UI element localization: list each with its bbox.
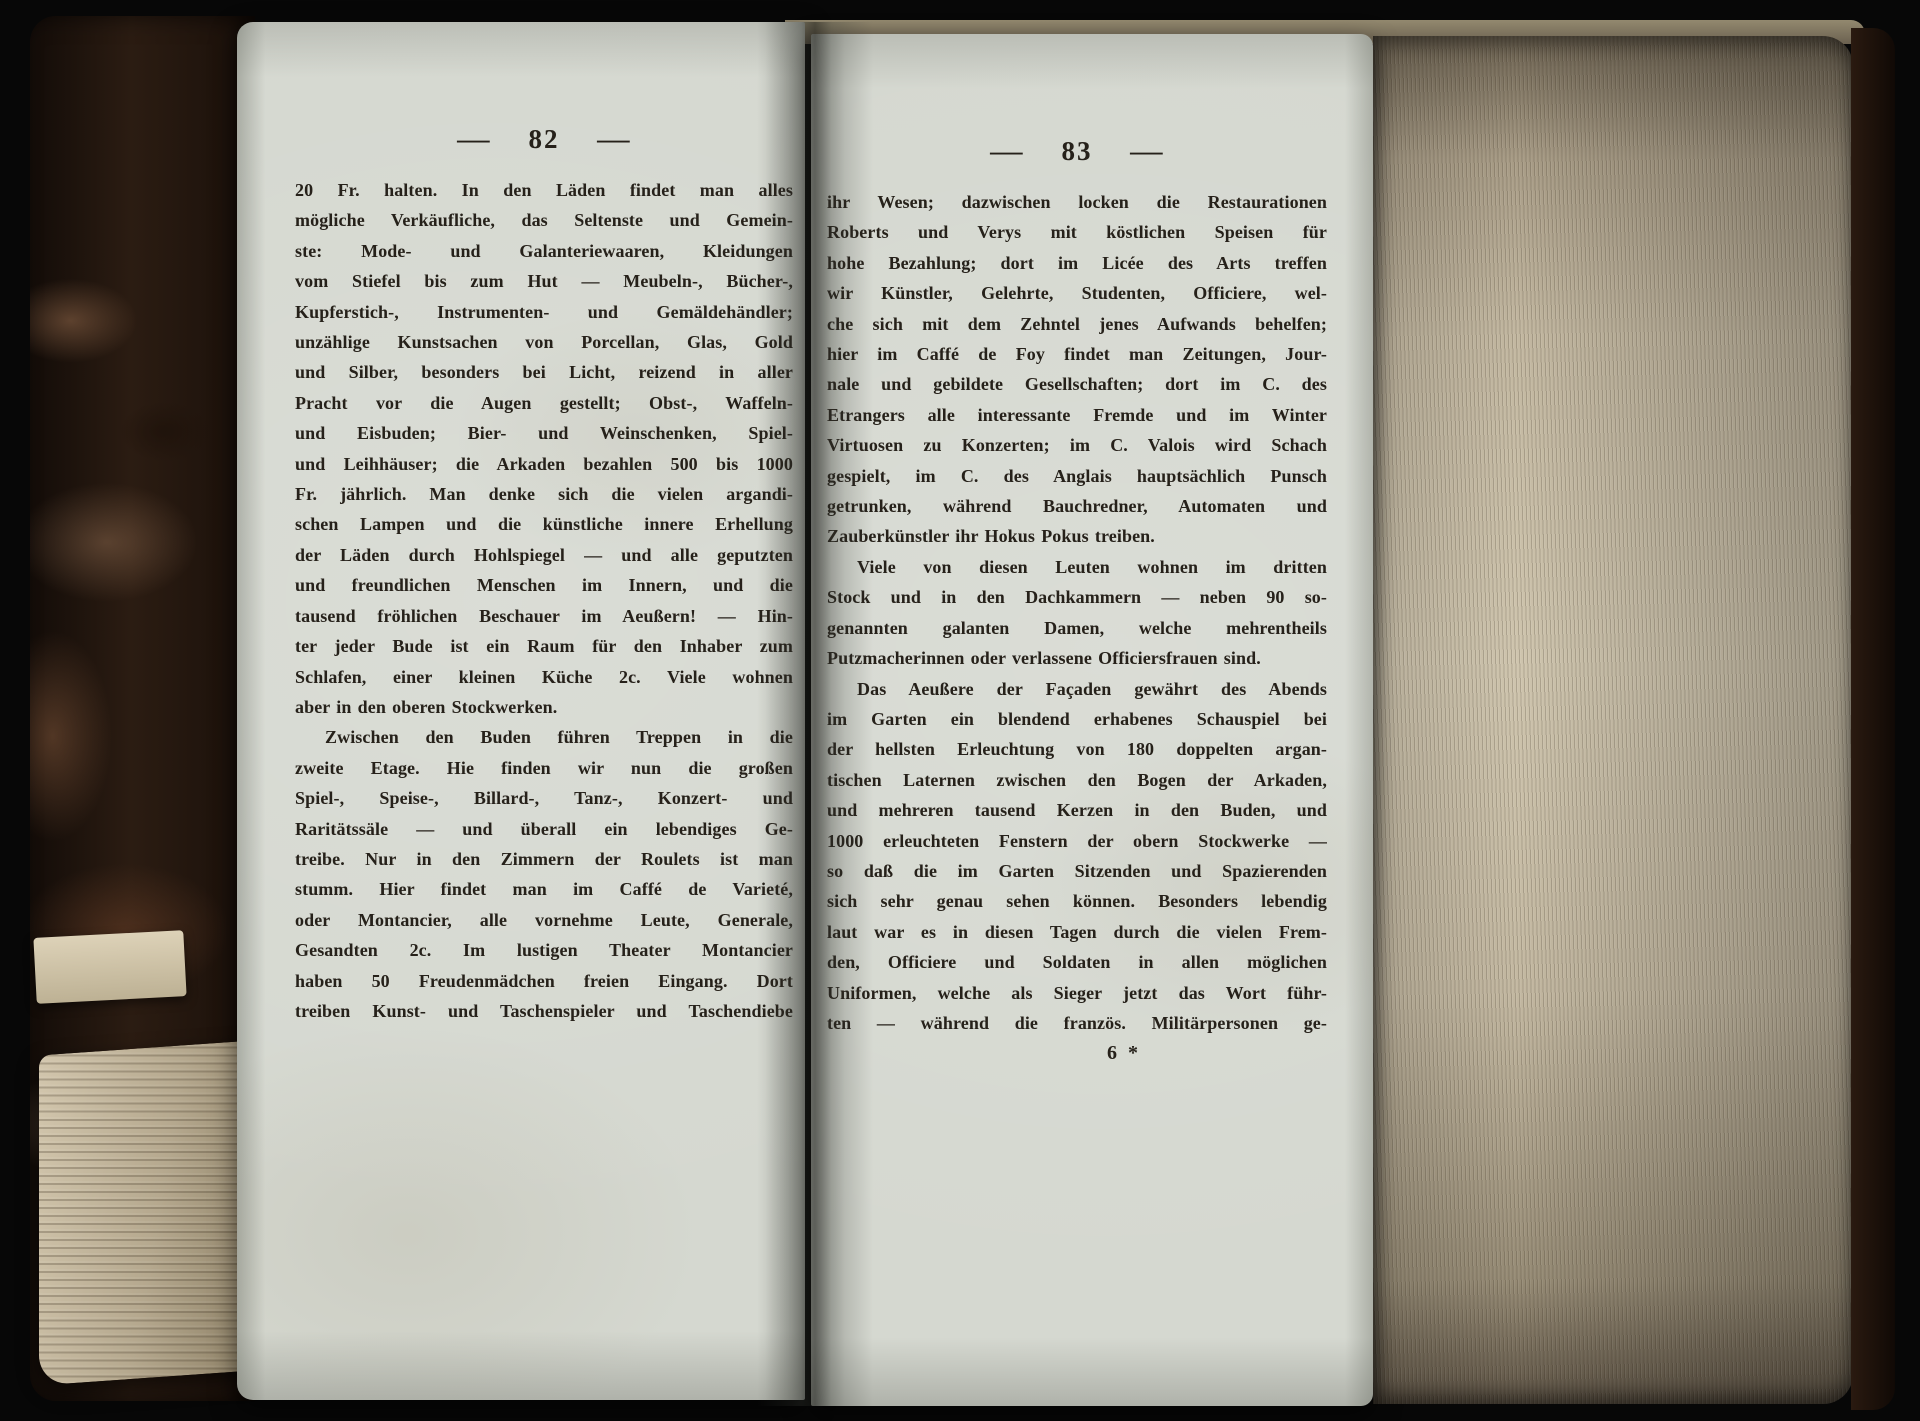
text-line: der hellsten Erleuchtung von 180 doppelt… [827, 734, 1327, 764]
page-82-header: — 82 — [295, 124, 793, 155]
text-line: Virtuosen zu Konzerten; im C. Valois wir… [827, 430, 1327, 460]
text-line: und Eisbuden; Bier- und Weinschenken, Sp… [295, 418, 793, 448]
text-line: der Läden durch Hohlspiegel — und alle g… [295, 540, 793, 570]
text-line: tausend fröhlichen Beschauer im Aeußern!… [295, 601, 793, 631]
page-number-83: 83 [1062, 136, 1093, 167]
text-line: zweite Etage. Hie finden wir nun die gro… [295, 753, 793, 783]
text-line: che sich mit dem Zehntel jenes Aufwands … [827, 309, 1327, 339]
page-83-text: ihr Wesen; dazwischen locken die Restaur… [827, 187, 1327, 1038]
text-line: im Garten ein blendend erhabenes Schausp… [827, 704, 1327, 734]
text-line: ter jeder Bude ist ein Raum für den Inha… [295, 631, 793, 661]
text-line: haben 50 Freudenmädchen freien Eingang. … [295, 966, 793, 996]
text-line: Zauberkünstler ihr Hokus Pokus treiben. [827, 521, 1327, 551]
text-line: Raritätssäle — und überall ein lebendige… [295, 814, 793, 844]
text-line: Spiel-, Speise-, Billard-, Tanz-, Konzer… [295, 783, 793, 813]
text-line: treibe. Nur in den Zimmern der Roulets i… [295, 844, 793, 874]
text-line: und mehreren tausend Kerzen in den Buden… [827, 795, 1327, 825]
text-line: Viele von diesen Leuten wohnen im dritte… [827, 552, 1327, 582]
text-line: nale und gebildete Gesellschaften; dort … [827, 369, 1327, 399]
text-line: treiben Kunst- und Taschenspieler und Ta… [295, 996, 793, 1026]
text-line: Putzmacherinnen oder verlassene Officier… [827, 643, 1327, 673]
text-line: laut war es in diesen Tagen durch die vi… [827, 917, 1327, 947]
text-line: und Leihhäuser; die Arkaden bezahlen 500… [295, 449, 793, 479]
text-line: Das Aeußere der Façaden gewährt des Aben… [827, 674, 1327, 704]
header-rule-right: — [597, 124, 632, 155]
text-line: sich sehr genau sehen können. Besonders … [827, 886, 1327, 916]
text-line: 20 Fr. halten. In den Läden findet man a… [295, 175, 793, 205]
text-line: vom Stiefel bis zum Hut — Meubeln-, Büch… [295, 266, 793, 296]
text-line: ste: Mode- und Galanteriewaaren, Kleidun… [295, 236, 793, 266]
text-line: wir Künstler, Gelehrte, Studenten, Offic… [827, 278, 1327, 308]
text-line: oder Montancier, alle vornehme Leute, Ge… [295, 905, 793, 935]
header-rule-left: — [990, 136, 1025, 167]
text-line: tischen Laternen zwischen den Bogen der … [827, 765, 1327, 795]
text-line: getrunken, während Bauchredner, Automate… [827, 491, 1327, 521]
text-line: Uniformen, welche als Sieger jetzt das W… [827, 978, 1327, 1008]
text-line: und Silber, besonders bei Licht, reizend… [295, 357, 793, 387]
text-line: den, Officiere und Soldaten in allen mög… [827, 947, 1327, 977]
open-book: — 82 — 20 Fr. halten. In den Läden finde… [25, 6, 1900, 1414]
text-line: so daß die im Garten Sitzenden und Spazi… [827, 856, 1327, 886]
text-line: aber in den oberen Stockwerken. [295, 692, 793, 722]
fore-edge-page-stack [1373, 36, 1853, 1404]
text-line: mögliche Verkäufliche, das Seltenste und… [295, 205, 793, 235]
text-line: hohe Bezahlung; dort im Licée des Arts t… [827, 248, 1327, 278]
text-line: Fr. jährlich. Man denke sich die vielen … [295, 479, 793, 509]
page-83: — 83 — ihr Wesen; dazwischen locken die … [811, 34, 1373, 1406]
text-line: genannten galanten Damen, welche mehrent… [827, 613, 1327, 643]
signature-mark: 6 * [827, 1042, 1327, 1065]
text-line: gespielt, im C. des Anglais hauptsächlic… [827, 461, 1327, 491]
page-82-text: 20 Fr. halten. In den Läden findet man a… [295, 175, 793, 1026]
text-line: hier im Caffé de Foy findet man Zeitunge… [827, 339, 1327, 369]
text-line: und freundlichen Menschen im Innern, und… [295, 570, 793, 600]
text-line: 1000 erleuchteten Fenstern der obern Sto… [827, 826, 1327, 856]
paper-slip [33, 930, 186, 1004]
text-line: Zwischen den Buden führen Treppen in die [295, 722, 793, 752]
text-line: Roberts und Verys mit köstlichen Speisen… [827, 217, 1327, 247]
text-line: schen Lampen und die künstliche innere E… [295, 509, 793, 539]
header-rule-right: — [1130, 136, 1165, 167]
text-line: Stock und in den Dachkammern — neben 90 … [827, 582, 1327, 612]
header-rule-left: — [457, 124, 492, 155]
text-line: ihr Wesen; dazwischen locken die Restaur… [827, 187, 1327, 217]
text-line: ten — während die französ. Militärperson… [827, 1008, 1327, 1038]
text-line: Gesandten 2c. Im lustigen Theater Montan… [295, 935, 793, 965]
page-number-82: 82 [529, 124, 560, 155]
page-corner-stack [39, 1041, 251, 1386]
text-line: Kupferstich-, Instrumenten- und Gemäldeh… [295, 297, 793, 327]
text-line: Pracht vor die Augen gestellt; Obst-, Wa… [295, 388, 793, 418]
cover-right-edge [1851, 28, 1895, 1410]
page-82: — 82 — 20 Fr. halten. In den Läden finde… [237, 22, 805, 1400]
text-line: Schlafen, einer kleinen Küche 2c. Viele … [295, 662, 793, 692]
text-line: unzählige Kunstsachen von Porcellan, Gla… [295, 327, 793, 357]
text-line: Etrangers alle interessante Fremde und i… [827, 400, 1327, 430]
text-line: stumm. Hier findet man im Caffé de Varie… [295, 874, 793, 904]
page-83-header: — 83 — [827, 136, 1327, 167]
